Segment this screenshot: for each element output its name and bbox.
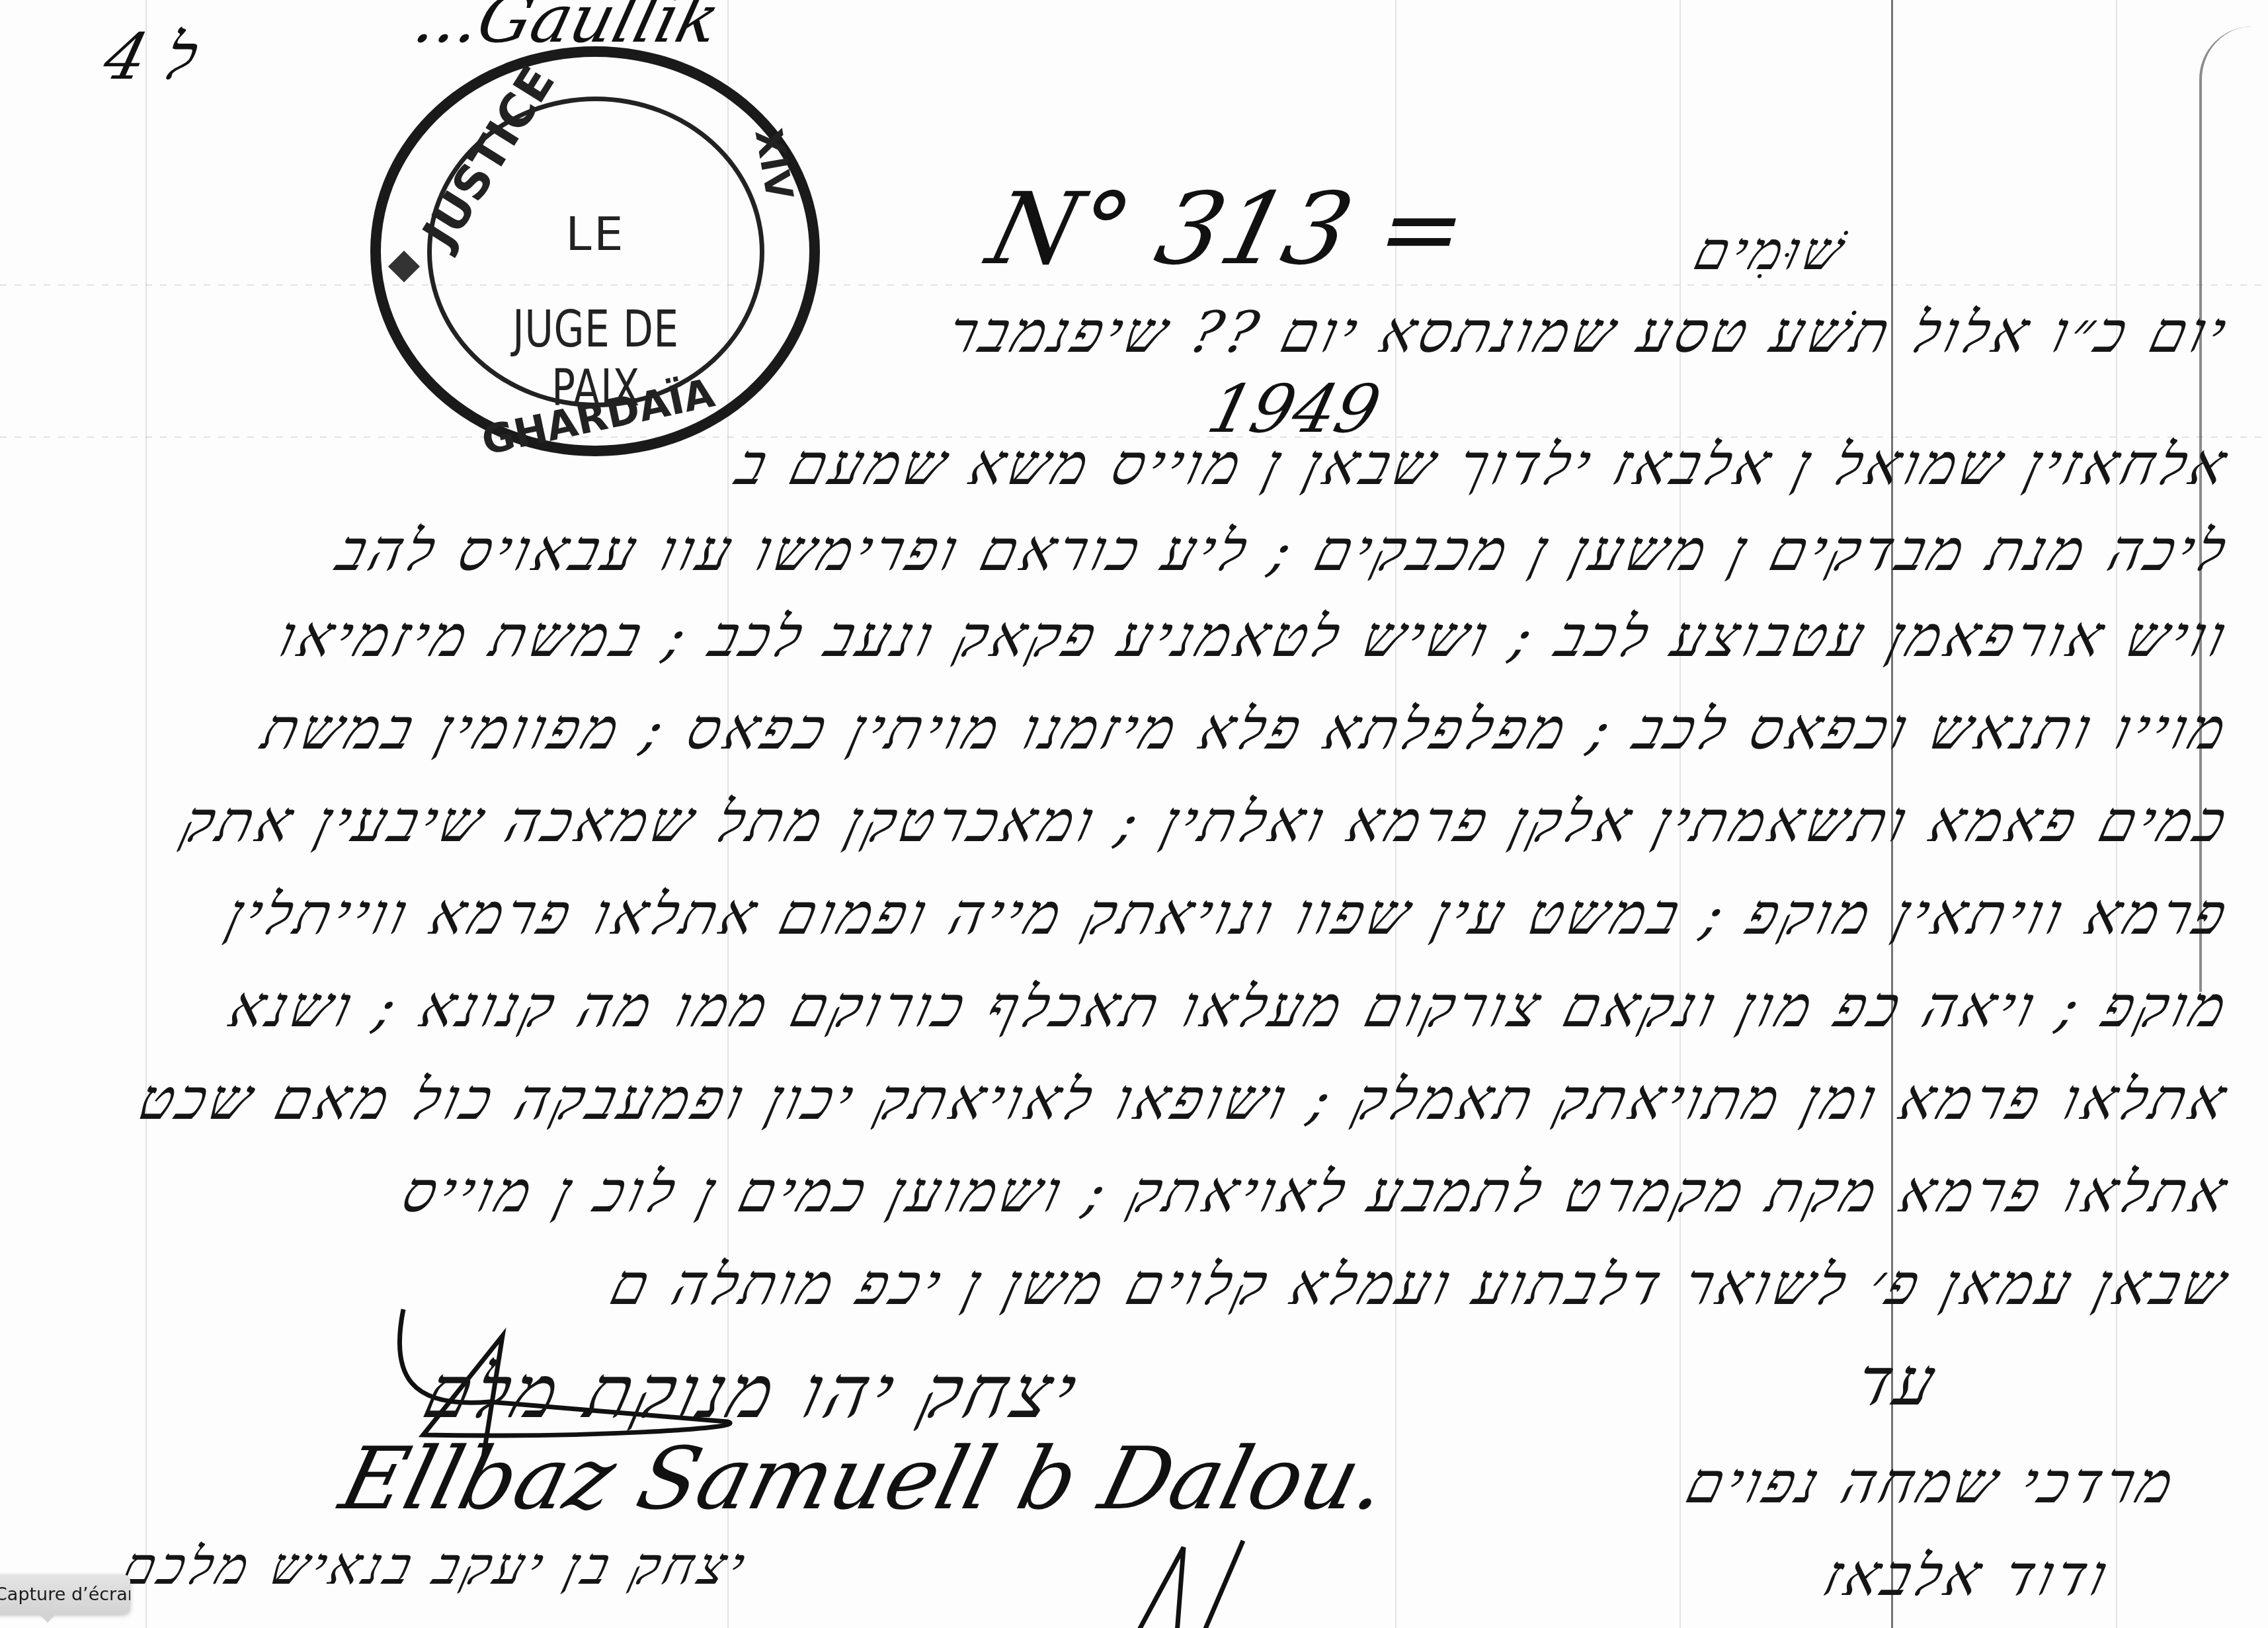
letter-line-3: ליכה מנת מבדקים ן משען ן מכבקים ; ליע כו… <box>332 522 2236 579</box>
letter-heading: שׁוּמִים <box>1689 225 1851 278</box>
letter-line-7: פרמא וויתאין מוקפ ; במשט עין שפוו ונויאת… <box>221 886 2236 943</box>
stamp-star-icon <box>388 251 420 282</box>
letter-line-6: כמים פאמא ותשאמתין אלקן פרמא ואלתין ; ומ… <box>177 794 2235 850</box>
letter-line-10: אתלאו פרמא מקת מקמרט לתמבע לאויאתק ; ושמ… <box>397 1164 2236 1221</box>
letter-line-1: יום כ״ו אלול תשׁע טסע שמונתסא יום ?? שיפ… <box>943 304 2236 361</box>
letter-line-11: שבאן עמאן פ׳ לשואר דלבתוע ועמלא קלוים מש… <box>605 1256 2235 1313</box>
tooltip-label: Capture d’écran <box>0 1584 130 1605</box>
signature-hebrew-1: יצחק יהו מנוקת מלם <box>417 1356 1087 1428</box>
scanned-document-page: ל 4 ...Gaullik LE JUGE DE PAIX JUSTICE X… <box>0 0 2268 1628</box>
screenshot-tooltip: Capture d’écran <box>0 1574 130 1614</box>
stamp-ring-right-text: XIV <box>746 126 801 203</box>
letter-line-2: אלחאזין שמואל ן אלבאז ילדוך שבאן ן מוייס… <box>731 436 2235 493</box>
signature-hebrew-bottom: יצחק בן יעקב בנאיש מלכם <box>118 1541 754 1592</box>
signature-hebrew-2: עד <box>1849 1349 1945 1415</box>
letter-line-9: אתלאו פרמא ומן מתויאתק תאמלק ; ושופאו לא… <box>134 1071 2236 1128</box>
letter-line-5: מוייו ותנאש וכפאס לכב ; מפלפלתא פלא מיזמ… <box>257 701 2236 758</box>
signature-hebrew-4: ודוד אלבאז <box>1818 1547 2116 1604</box>
signature-hebrew-3: מרדכי שמחה נפוים <box>1681 1455 2183 1512</box>
letter-line-4: וויש אורפאמן עטבוצע לכב ; ושיש לטאמניע פ… <box>274 608 2236 665</box>
reference-number: N° 313 = <box>977 172 1478 287</box>
page-corner-mark: ל 4 <box>97 20 205 94</box>
ruled-line <box>145 0 147 1628</box>
tooltip-pointer <box>38 1613 57 1623</box>
court-stamp: LE JUGE DE PAIX JUSTICE XIV GHARDAÏA <box>370 46 820 456</box>
signature-latin: Ellbaz Samuell b Dalou. <box>331 1428 1398 1529</box>
signature-stroke <box>1124 1534 1256 1628</box>
letter-line-8: מוקפ ; ויאה כפ מון ונקאם צורקום מעלאו תא… <box>223 979 2236 1036</box>
